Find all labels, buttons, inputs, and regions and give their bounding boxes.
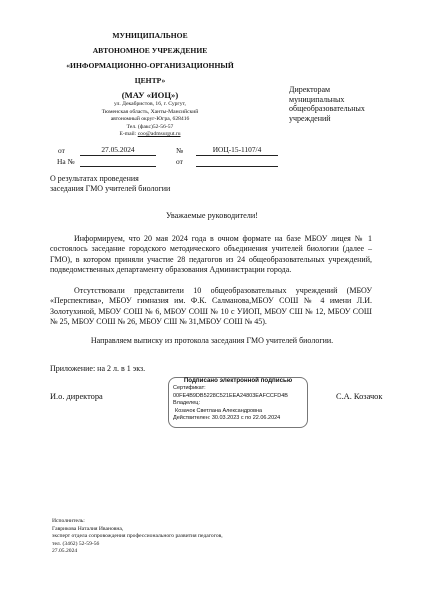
executor-position: эксперт отдела сопровождения профессиона… bbox=[52, 533, 223, 541]
org-name-line: МУНИЦИПАЛЬНОЕ bbox=[40, 28, 260, 43]
executor-label: Исполнитель: bbox=[52, 518, 223, 526]
body-paragraph-2: Отсутствовали представители 10 общеобраз… bbox=[50, 286, 372, 328]
subject-line: О результатах проведения bbox=[50, 174, 170, 184]
owner-label: Владелец: bbox=[173, 400, 303, 408]
email-link[interactable]: coo@admsurgut.ru bbox=[138, 131, 181, 137]
certificate-label: Сертификат: bbox=[173, 385, 303, 393]
email-label: E-mail: bbox=[120, 131, 138, 137]
executor-phone: тел. (3462) 52-59-56 bbox=[52, 541, 223, 549]
org-address-line: ул. Декабристов, 16, г. Сургут, bbox=[40, 101, 260, 109]
paragraph-text: Информируем, что 20 мая 2024 года в очно… bbox=[50, 234, 372, 274]
subject: О результатах проведения заседания ГМО у… bbox=[50, 174, 170, 195]
reply-number bbox=[80, 156, 156, 167]
greeting: Уважаемые руководители! bbox=[0, 211, 424, 220]
validity-period: Действителен: 30.03.2023 с по 22.06.2024 bbox=[173, 415, 303, 423]
org-phone: Тел. (факс)52-56-57 bbox=[40, 124, 260, 132]
signer-name: С.А. Козачок bbox=[336, 392, 382, 401]
org-name-line: АВТОНОМНОЕ УЧРЕЖДЕНИЕ bbox=[40, 43, 260, 58]
stamp-heading: Подписано электронной подписью bbox=[173, 377, 303, 385]
electronic-signature-stamp: Подписано электронной подписью Сертифика… bbox=[168, 377, 308, 428]
body-paragraph-1: Информируем, что 20 мая 2024 года в очно… bbox=[50, 234, 372, 276]
from-label: от bbox=[58, 146, 65, 155]
body-paragraph-3: Направляем выписку из протокола заседани… bbox=[0, 336, 424, 345]
org-name-line: «ИНФОРМАЦИОННО-ОРГАНИЗАЦИОННЫЙ bbox=[40, 58, 260, 73]
recipient-line: муниципальных bbox=[289, 95, 365, 105]
recipient-line: общеобразовательных bbox=[289, 104, 365, 114]
recipient-line: учреждений bbox=[289, 114, 365, 124]
document-number: ИОЦ-15-1107/4 bbox=[196, 145, 278, 156]
certificate-number: 00FE4B9DB5228C521EEA24803EAFCCFD4B bbox=[173, 393, 303, 401]
signer-title: И.о. директора bbox=[50, 392, 103, 401]
appendix-note: Приложение: на 2 л. в 1 экз. bbox=[50, 364, 145, 373]
reply-from-label: от bbox=[176, 157, 183, 166]
org-address-line: автономный округ-Югра, 628416 bbox=[40, 116, 260, 124]
org-abbreviation: (МАУ «ИОЦ») bbox=[40, 89, 260, 101]
subject-line: заседания ГМО учителей биологии bbox=[50, 184, 170, 194]
recipient-block: Директорам муниципальных общеобразовател… bbox=[289, 85, 365, 123]
number-label: № bbox=[176, 146, 183, 155]
reply-date bbox=[196, 156, 278, 167]
paragraph-text: Отсутствовали представители 10 общеобраз… bbox=[50, 286, 372, 326]
executor-block: Исполнитель: Гаврикова Наталия Ивановна,… bbox=[52, 518, 223, 556]
executor-date: 27.05.2024 bbox=[52, 548, 223, 556]
document-date: 27.05.2024 bbox=[80, 145, 156, 156]
org-email-row: E-mail: coo@admsurgut.ru bbox=[40, 131, 260, 139]
recipient-line: Директорам bbox=[289, 85, 365, 95]
organization-header: МУНИЦИПАЛЬНОЕ АВТОНОМНОЕ УЧРЕЖДЕНИЕ «ИНФ… bbox=[40, 28, 260, 139]
reply-label: На № bbox=[57, 157, 75, 166]
org-name-line: ЦЕНТР» bbox=[40, 73, 260, 88]
